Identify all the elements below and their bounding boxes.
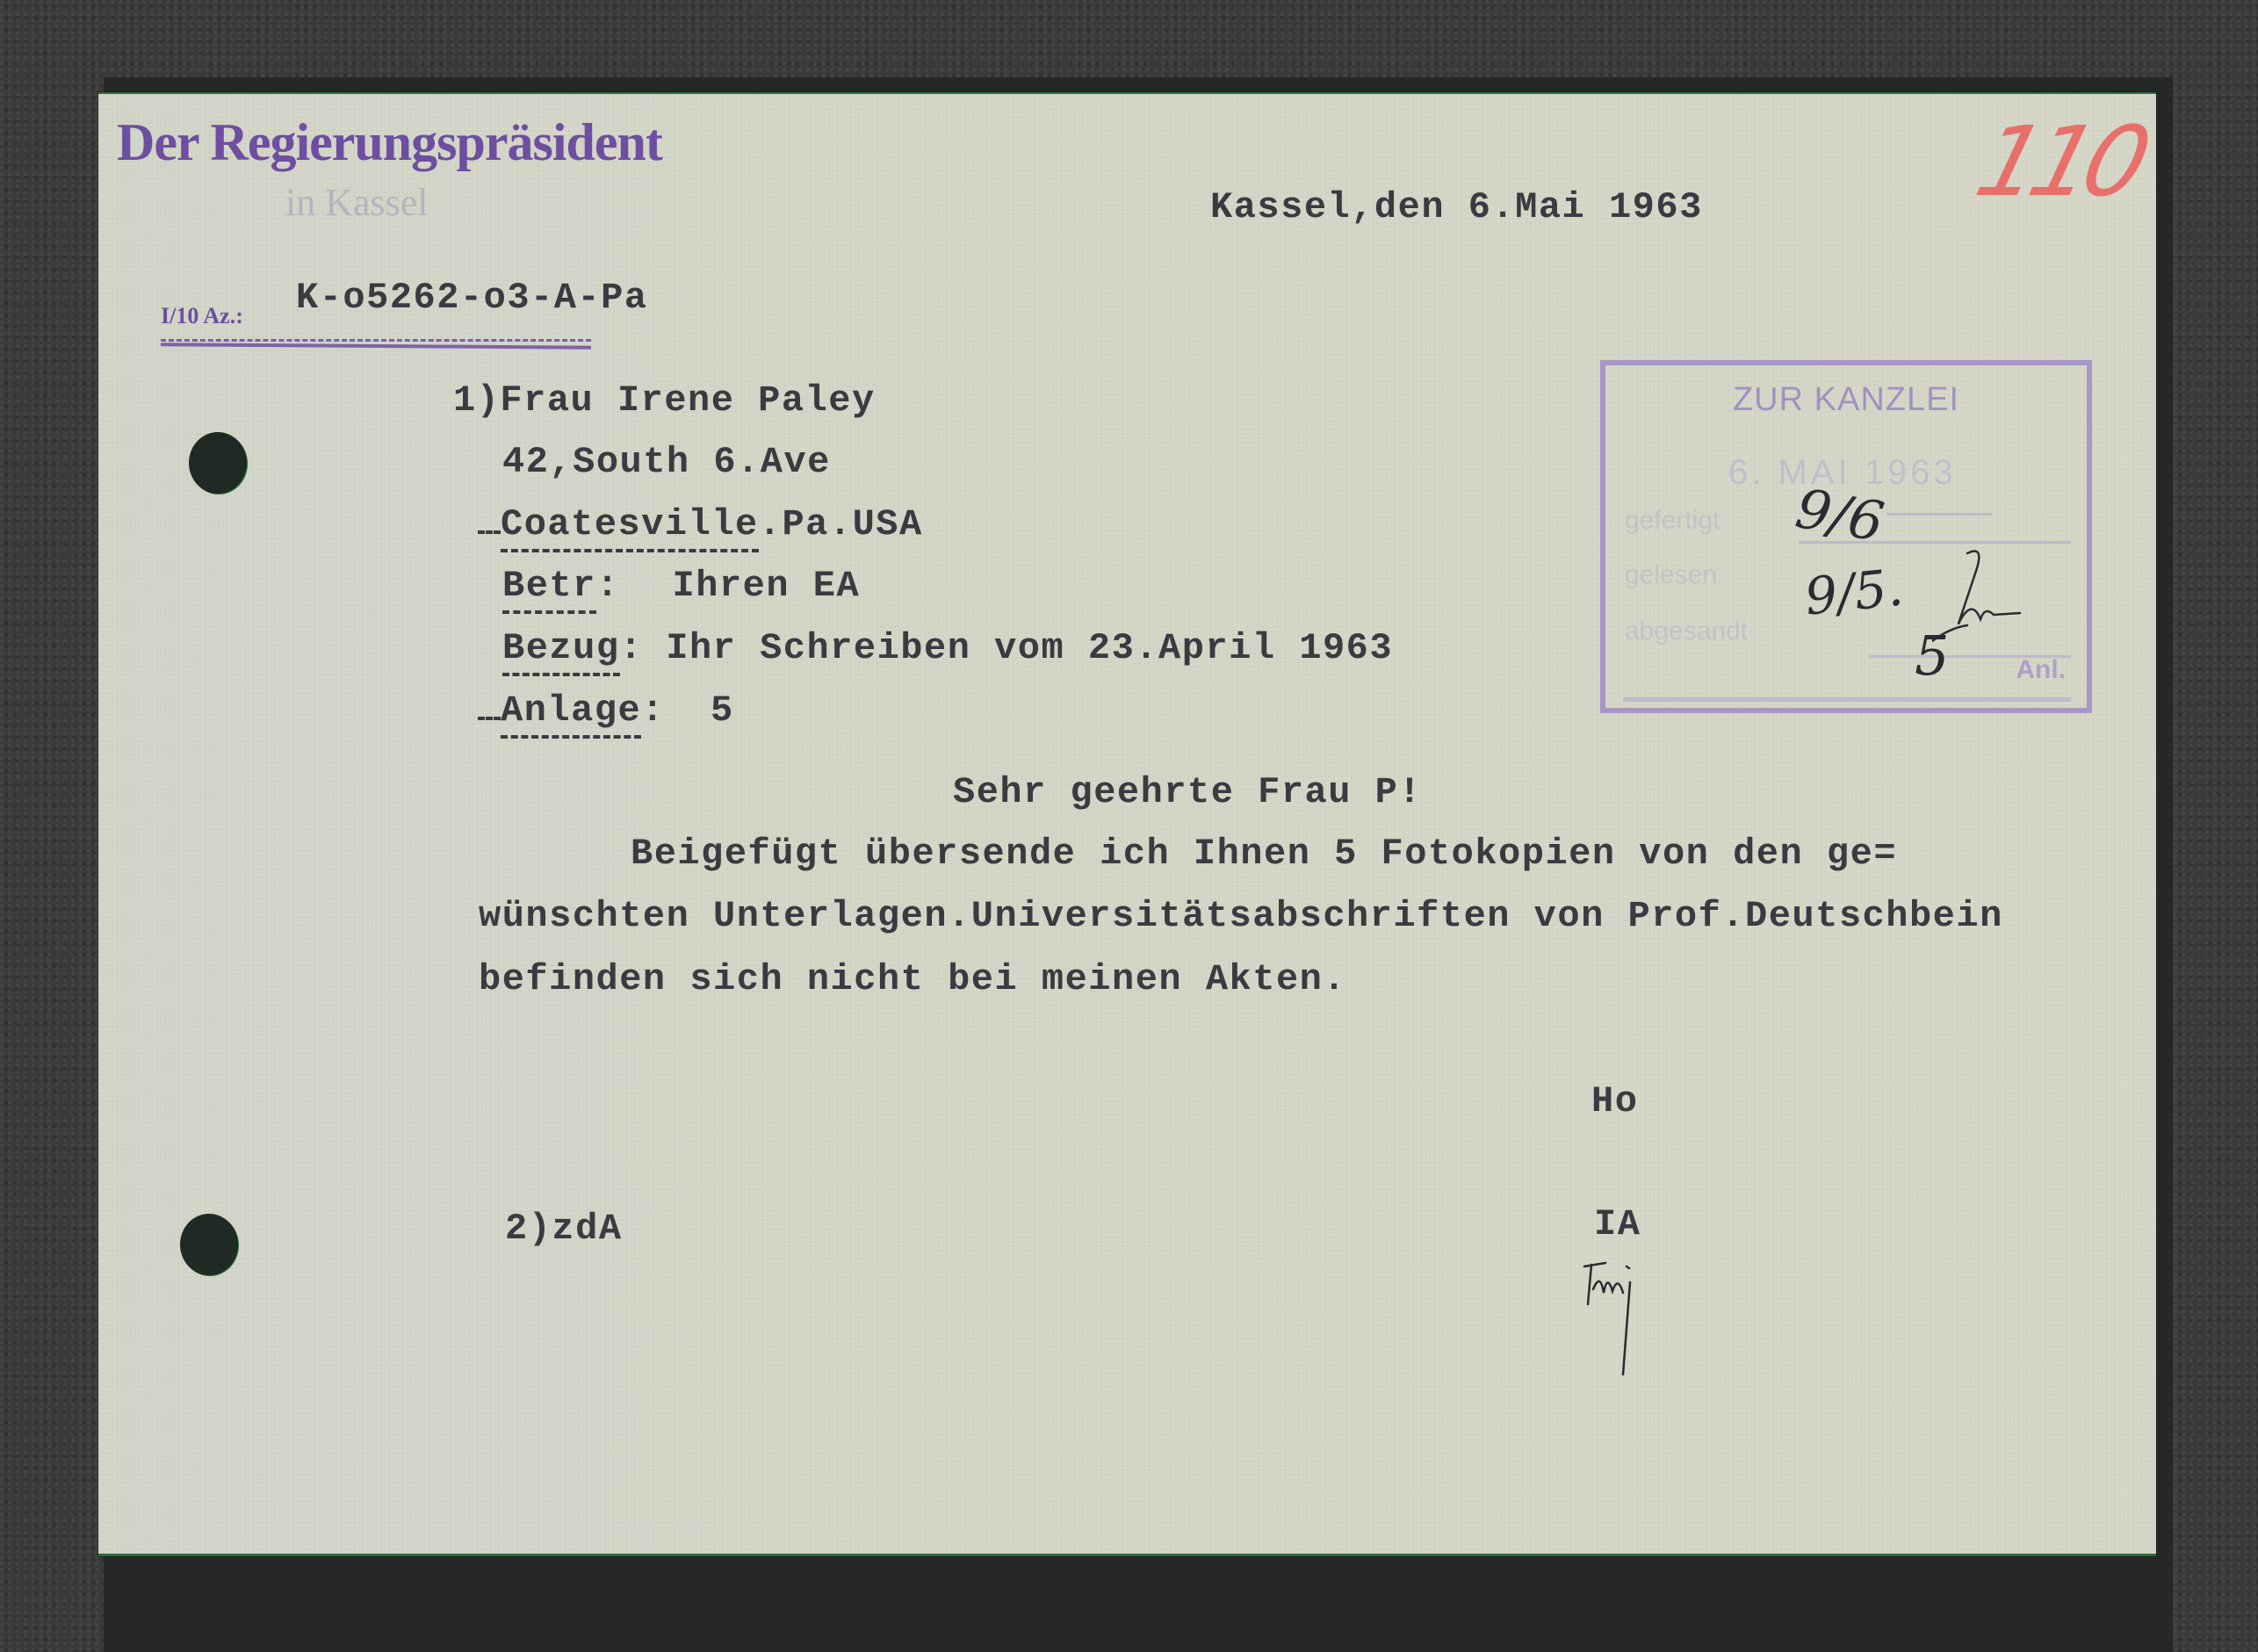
stamp-bottom-rule [1623,697,2071,702]
reference-bezug: Bezug:Ihr Schreiben vom 23.April 1963 [502,627,1393,669]
reference-value: Ihr Schreiben vom 23.April 1963 [666,627,1393,669]
body-line-2: wünschten Unterlagen.Universitätsabschri… [479,895,2003,937]
stamp-date-rule [1886,513,1992,516]
signoff-initials: Ho [1591,1080,1638,1122]
reference-label: Betr [502,565,596,614]
body-line-3: befinden sich nicht bei meinen Akten. [479,958,1346,1000]
date-line: Kassel,den 6.Mai 1963 [1210,186,1703,228]
recipient-state-country: .Pa.USA [759,503,923,545]
file-number-label: I/10 Az.: [161,303,243,329]
punch-hole-bottom [180,1214,238,1275]
recipient-name-line: 1)Frau Irene Paley [453,379,876,422]
letterhead-location: in Kassel [285,180,429,225]
stamp-label-abgesandt: abgesandt [1625,617,1748,646]
reference-value: Ihren EA [673,565,861,607]
stamp-footer-label: Anl. [2016,655,2066,685]
reference-label: Anlage [501,689,641,739]
punch-hole-top [189,432,247,494]
stamp-handwritten-entry-2: 9/5. [1802,557,1906,626]
salutation: Sehr geehrte Frau P! [953,771,1422,813]
stamp-label-gefertigt: gefertigt [1625,506,1720,536]
reference-betr: Betr:Ihren EA [502,565,860,607]
closing-instruction: 2)zdA [505,1208,623,1250]
recipient-name: Frau Irene Paley [500,379,875,422]
item-number: 1) [453,379,500,422]
approval-initials: IA [1594,1203,1641,1245]
stamp-title: ZUR KANZLEI [1605,381,2087,419]
file-number-dotted-rule [161,339,591,342]
file-number-value: K-o5262-o3-A-Pa [296,277,648,319]
reference-label: Bezug [502,627,620,676]
recipient-city-line: Coatesville.Pa.USA [478,503,923,545]
stamp-label-gelesen: gelesen [1625,560,1717,590]
reference-value: 5 [711,689,734,732]
body-line-1: Beigefügt übersende ich Ihnen 5 Fotokopi… [631,833,1897,875]
recipient-city: Coatesville [501,503,759,552]
page-number-handwritten: 110 [1966,105,2153,218]
stamp-handwritten-initials-icon [1932,545,2064,650]
reference-anlage: Anlage:5 [478,689,734,732]
handwritten-signature-icon [1581,1247,1686,1379]
recipient-street: 42,South 6.Ave [502,441,831,483]
letterhead-authority: Der Regierungspräsident [117,112,662,173]
